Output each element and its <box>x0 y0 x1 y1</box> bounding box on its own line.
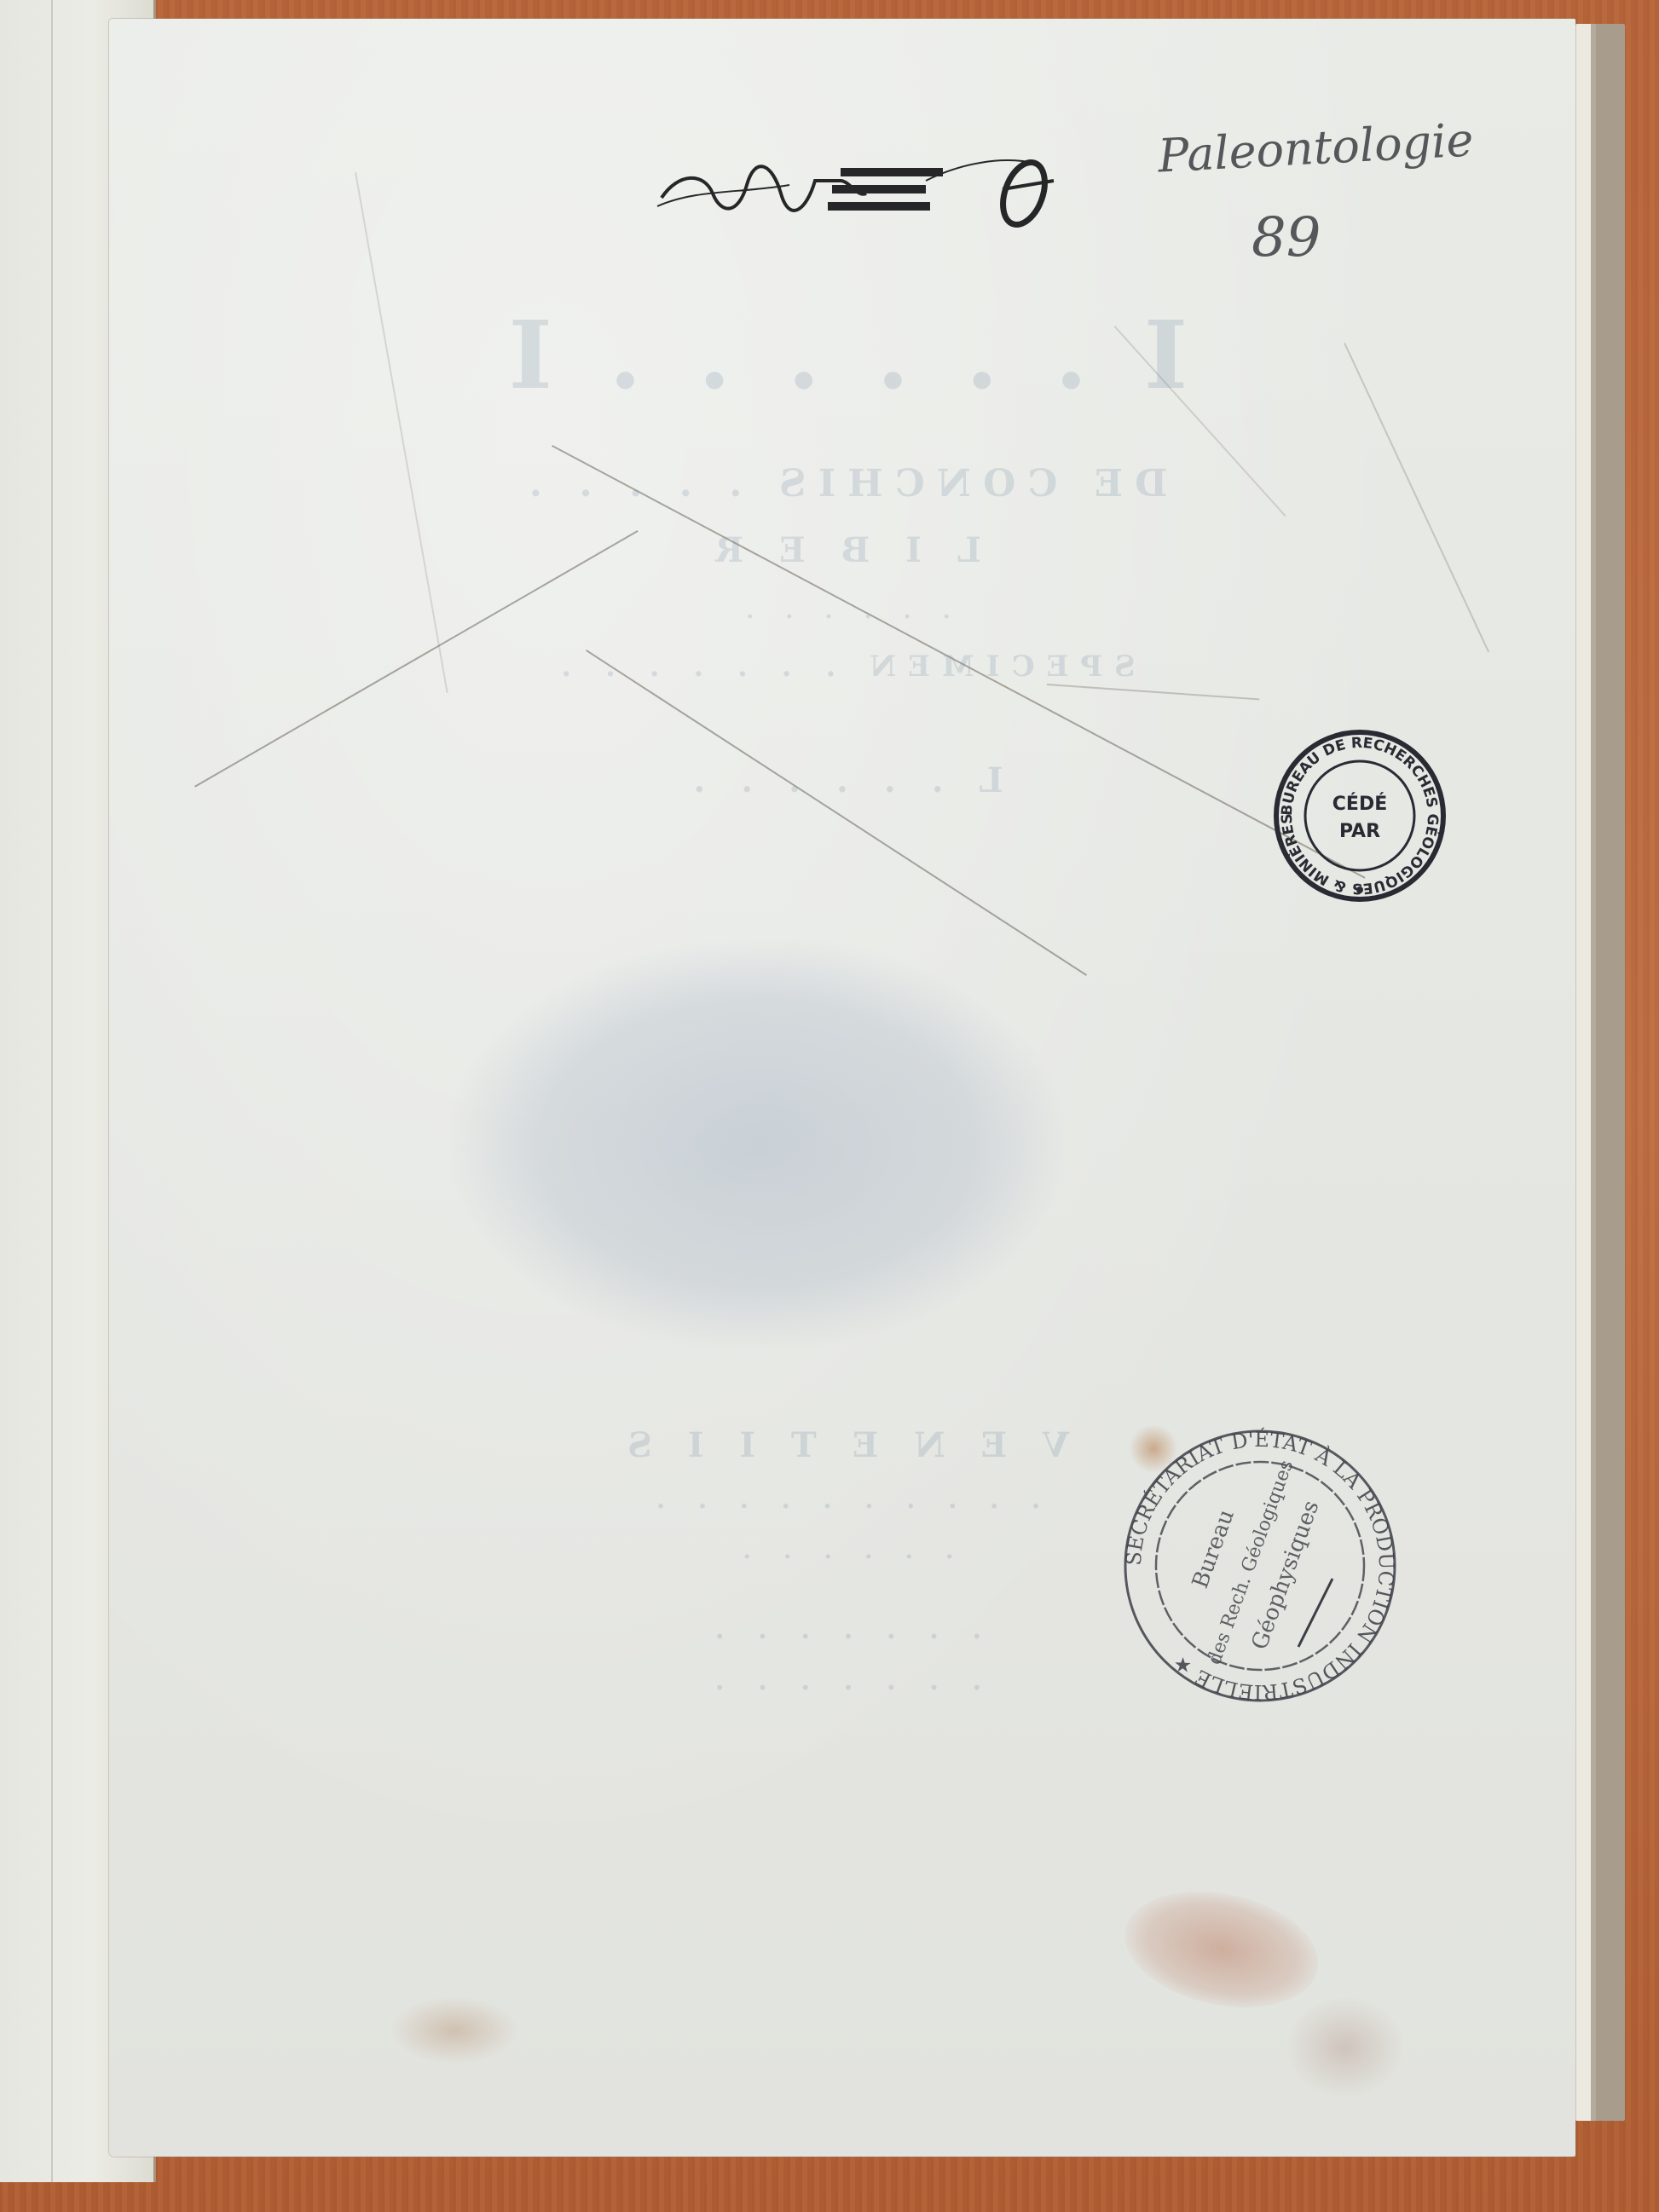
fingerprint-stain <box>1286 1996 1405 2099</box>
crossed-out-inscription <box>645 147 1071 232</box>
stamp-outer-text: BUREAU DE RECHERCHES GÉOLOGIQUES & MINIÈ… <box>1279 735 1442 897</box>
ghost-text-line: . . . . . . . <box>703 1613 982 1645</box>
ghost-text-line: . . . . . . <box>734 598 951 624</box>
ghost-text-line: V E N E T I I S <box>616 1425 1069 1465</box>
stamp-center-text: PAR <box>1339 821 1380 842</box>
pencil-number: 89 <box>1251 206 1321 269</box>
rust-stain <box>1128 1425 1179 1472</box>
library-stamp: BUREAU DE RECHERCHES GÉOLOGIQUES & MINIÈ… <box>1270 726 1449 905</box>
crease <box>1344 343 1489 652</box>
ghost-text-line: L I B E R <box>703 530 981 570</box>
stain <box>390 1996 518 2065</box>
svg-text:BUREAU DE RECHERCHES GÉOLOGIQU: BUREAU DE RECHERCHES GÉOLOGIQUES & MINIÈ… <box>1279 735 1442 897</box>
title-page: I . . . . . . I DE CONCHIS . . . . . L I… <box>109 19 1575 2157</box>
fold-line <box>51 0 53 2182</box>
fingerprint-stain <box>1114 1875 1329 2024</box>
crease <box>586 650 1087 976</box>
ghost-text-line: . . . . . . . <box>703 1664 982 1696</box>
pencil-note: Paleontologie <box>1157 113 1475 182</box>
crease <box>355 172 448 693</box>
ghost-text-line: I . . . . . . I <box>497 300 1188 410</box>
crease <box>1047 684 1260 700</box>
page-edges <box>1575 24 1625 2121</box>
ghost-text-line: . . . . . . <box>731 1536 953 1564</box>
stamp-center-text: CÉDÉ <box>1332 793 1387 815</box>
stamp-center-text: Bureau <box>1188 1506 1240 1591</box>
ghost-text-line: SPECIMEN . . . . . . . <box>549 650 1135 684</box>
ghost-text-line: DE CONCHIS . . . . . <box>517 462 1168 505</box>
ghost-emblem <box>450 939 1064 1349</box>
ghost-text-line: L . . . . . . <box>681 760 1003 800</box>
ghost-text-line: . . . . . . . . . . <box>645 1485 1040 1515</box>
